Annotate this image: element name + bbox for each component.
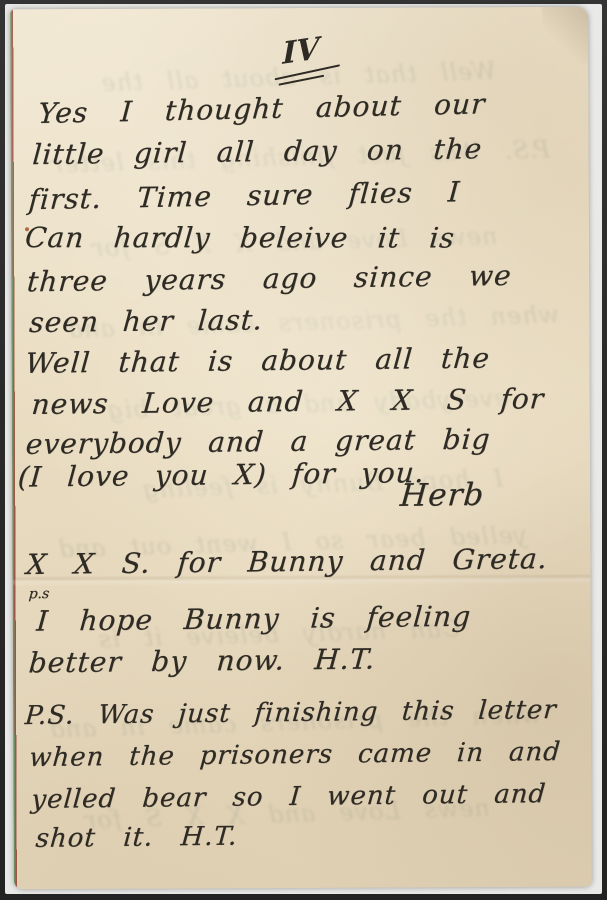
handwritten-line: when the prisoners came in and <box>28 737 562 773</box>
signature: Herb <box>399 477 486 514</box>
page-number-text: IV <box>282 31 319 72</box>
handwritten-line: P.S. Was just finishing this letter <box>24 695 558 731</box>
ps-superscript: p.s <box>28 586 50 602</box>
handwritten-line: seen her last. <box>28 303 264 339</box>
handwritten-line: X X S. for Bunny and Greta. <box>25 542 549 581</box>
handwritten-line: little girl all day on the <box>31 132 483 171</box>
handwritten-line: I hope Bunny is feeling <box>35 600 472 638</box>
handwritten-line: three years ago since we <box>26 259 513 298</box>
letter-page: Well that is about all the P.S. Was just… <box>10 7 592 890</box>
handwritten-line: (I love you X) for you. <box>17 456 426 494</box>
handwritten-line: Well that is about all the <box>24 342 491 380</box>
page-number: IV <box>282 31 319 72</box>
scanned-letter-background: Well that is about all the P.S. Was just… <box>0 0 607 900</box>
handwritten-line: yelled bear so I went out and <box>30 779 547 815</box>
handwritten-line: first. Time sure flies I <box>28 175 462 216</box>
handwritten-line: Can hardly beleive it is <box>24 221 457 254</box>
handwritten-line: news Love and X X S for <box>30 382 545 421</box>
corner-fold <box>542 7 588 65</box>
handwritten-line: Yes I thought about our <box>37 87 486 130</box>
handwritten-line: shot it. H.T. <box>35 822 239 854</box>
handwritten-line: better by now. H.T. <box>28 642 377 679</box>
